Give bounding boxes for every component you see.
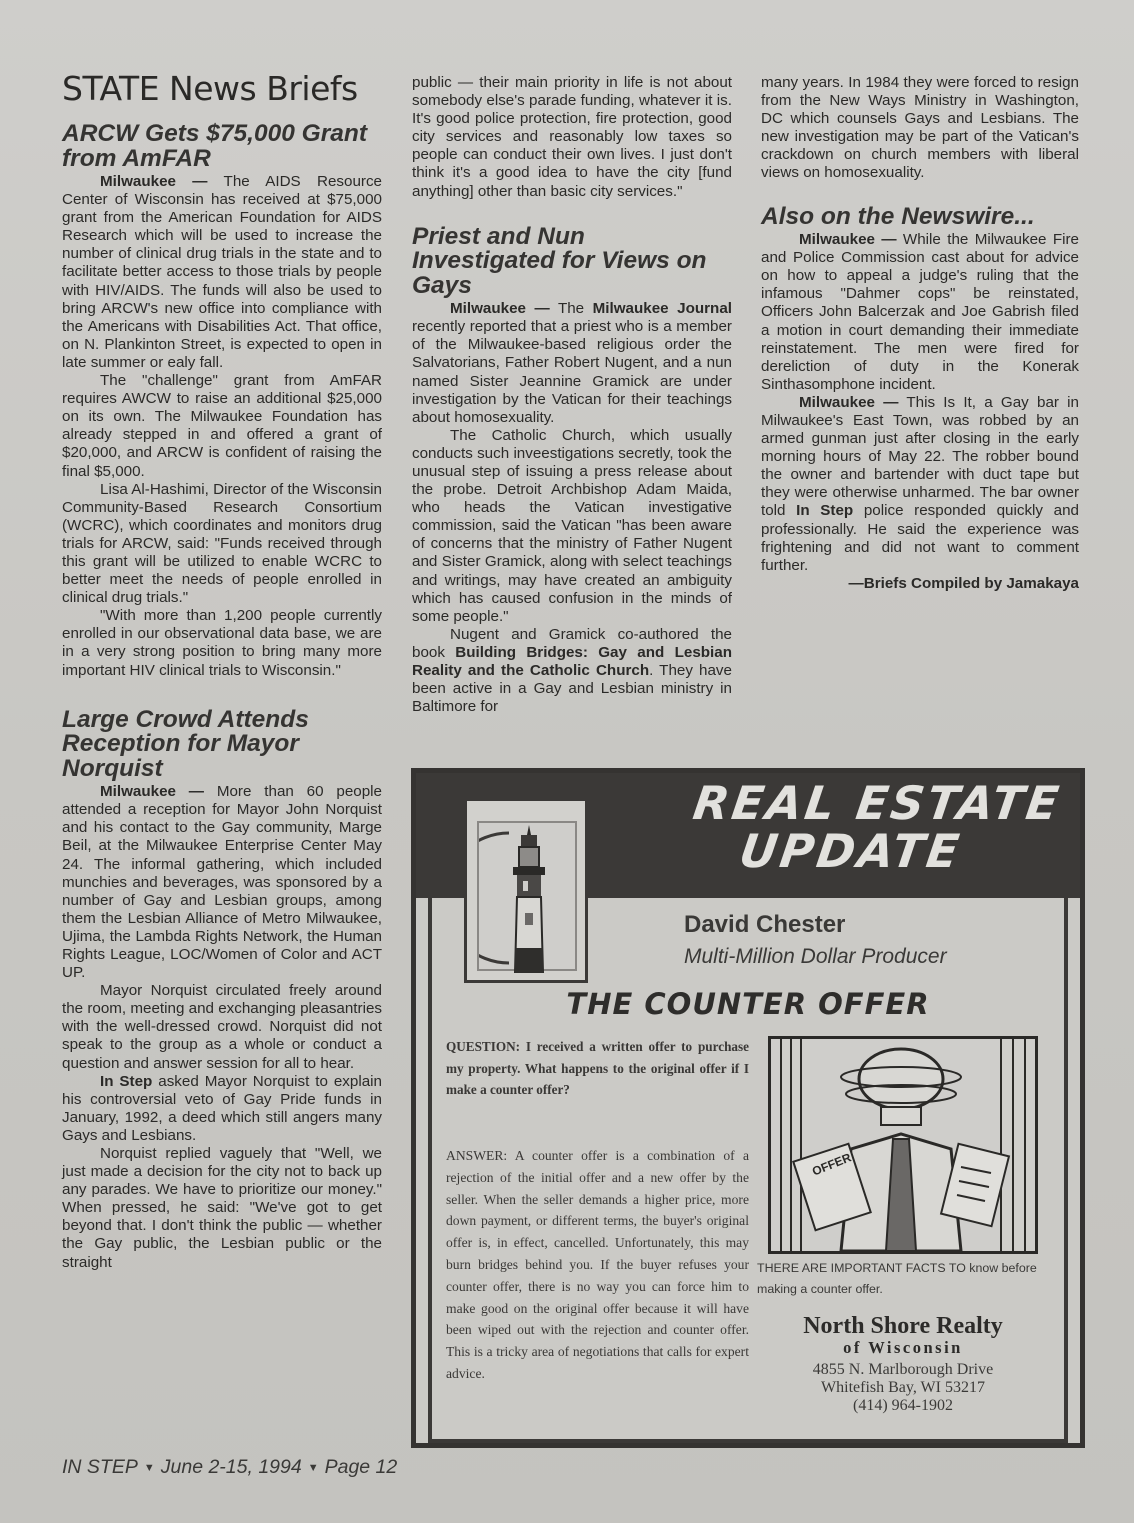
lighthouse-logo <box>464 798 588 983</box>
triangle-separator-icon: ▼ <box>144 1462 155 1474</box>
issue-date: June 2-15, 1994 <box>161 1456 302 1478</box>
paragraph: Milwaukee — While the Milwaukee Fire and… <box>761 231 1079 394</box>
paragraph: Norquist replied vaguely that "Well, we … <box>62 1145 382 1272</box>
ad-title: REAL ESTATE UPDATE <box>667 779 1080 875</box>
paragraph: Milwaukee — More than 60 people attended… <box>62 783 382 982</box>
section-title: STATE News Briefs <box>62 70 382 108</box>
triangle-separator-icon: ▼ <box>308 1462 319 1474</box>
article-newswire: Also on the Newswire... Milwaukee — Whil… <box>761 205 1079 593</box>
article-priest: Priest and Nun Investigated for Views on… <box>412 225 732 717</box>
paragraph: Milwaukee — This Is It, a Gay bar in Mil… <box>761 394 1079 575</box>
phone-number: (414) 964-1902 <box>768 1397 1038 1415</box>
company-subtitle: of Wisconsin <box>768 1339 1038 1357</box>
agent-name: David Chester <box>684 911 845 939</box>
column-3: many years. In 1984 they were forced to … <box>761 74 1079 593</box>
ad-column-title: THE COUNTER OFFER <box>416 987 1080 1021</box>
dateline: Milwaukee — <box>100 783 204 800</box>
byline: —Briefs Compiled by Jamakaya <box>761 575 1079 593</box>
paragraph: Mayor Norquist circulated freely around … <box>62 982 382 1072</box>
paragraph: The Catholic Church, which usually condu… <box>412 427 732 626</box>
column-2: public — their main priority in life is … <box>412 74 732 716</box>
paragraph: Lisa Al-Hashimi, Director of the Wiscons… <box>62 481 382 608</box>
paragraph: In Step asked Mayor Norquist to explain … <box>62 1073 382 1145</box>
page-number: Page 12 <box>325 1456 398 1478</box>
paragraph-continued: public — their main priority in life is … <box>412 74 732 201</box>
paragraph: Milwaukee — The Milwaukee Journal recent… <box>412 300 732 427</box>
headline-newswire: Also on the Newswire... <box>761 205 1079 230</box>
ad-answer: ANSWER: A counter offer is a combination… <box>446 1145 749 1385</box>
ad-caption: THERE ARE IMPORTANT FACTS TO know before… <box>757 1258 1057 1300</box>
paragraph-continued: many years. In 1984 they were forced to … <box>761 74 1079 183</box>
cartoon-illustration: OFFER <box>768 1036 1038 1254</box>
dizzy-man-with-offers-icon: OFFER <box>771 1039 1035 1251</box>
realty-contact: North Shore Realty of Wisconsin 4855 N. … <box>768 1313 1038 1415</box>
article-norquist: Large Crowd Attends Reception for Mayor … <box>62 708 382 1272</box>
paragraph: "With more than 1,200 people currently e… <box>62 607 382 679</box>
dateline: Milwaukee — <box>100 173 208 190</box>
column-1: STATE News Briefs ARCW Gets $75,000 Gran… <box>62 70 382 1272</box>
paragraph: The "challenge" grant from AmFAR require… <box>62 372 382 481</box>
paragraph: Milwaukee — The AIDS Resource Center of … <box>62 173 382 372</box>
page-footer: IN STEP▼June 2-15, 1994▼Page 12 <box>62 1456 397 1479</box>
lighthouse-icon <box>479 823 579 973</box>
address-line-2: Whitefish Bay, WI 53217 <box>768 1379 1038 1397</box>
headline-priest: Priest and Nun Investigated for Views on… <box>412 225 732 299</box>
publication-name: IN STEP <box>62 1456 138 1478</box>
headline-arcw: ARCW Gets $75,000 Grant from AmFAR <box>62 122 382 171</box>
ad-question: QUESTION: I received a written offer to … <box>446 1036 749 1101</box>
headline-norquist: Large Crowd Attends Reception for Mayor … <box>62 708 322 782</box>
article-arcw: ARCW Gets $75,000 Grant from AmFAR Milwa… <box>62 122 382 680</box>
company-name: North Shore Realty <box>768 1313 1038 1339</box>
agent-tagline: Multi-Million Dollar Producer <box>684 945 947 969</box>
paragraph: Nugent and Gramick co-authored the book … <box>412 626 732 716</box>
newspaper-page: STATE News Briefs ARCW Gets $75,000 Gran… <box>0 0 1134 1523</box>
address-line-1: 4855 N. Marlborough Drive <box>768 1361 1038 1379</box>
real-estate-advertisement: REAL ESTATE UPDATE David Chester Multi-M… <box>411 768 1085 1448</box>
